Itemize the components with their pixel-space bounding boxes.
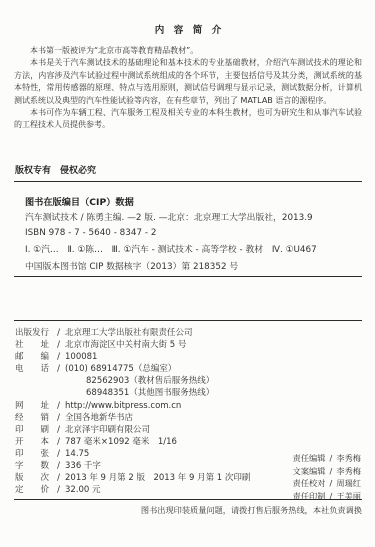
divider-bottom xyxy=(14,499,362,500)
book-copyright-page: 内 容 简 介 本书第一版被评为“北京市高等教育精品教材”。 本书是关于汽车测试… xyxy=(0,0,375,547)
pub-row-wordcount: 字 数/336 千字 xyxy=(15,460,275,472)
pub-row-postcode: 邮 编/100081 xyxy=(15,351,275,363)
pub-row-value: 北京泽宇印刷有限公司 xyxy=(65,424,150,436)
pub-row-label: 定 价 xyxy=(15,484,52,496)
pub-row-separator: / xyxy=(52,424,65,436)
staff-row-editor: 责任编辑/李秀梅 xyxy=(293,452,361,465)
staff-row-proofreader: 责任校对/周瑞红 xyxy=(293,477,361,490)
staff-row-copy-editor: 文案编辑/李秀梅 xyxy=(293,465,361,478)
pub-row-label: 网 址 xyxy=(15,400,52,412)
pub-row-label: 社 址 xyxy=(15,339,52,351)
pub-row-sheets: 印 张/14.75 xyxy=(15,448,275,460)
pub-row-value: 14.75 xyxy=(65,448,89,460)
cip-title-line: 汽车测试技术 / 陈勇主编. —2 版. —北京：北京理工大学出版社，2013.… xyxy=(25,212,357,224)
cip-isbn-line: ISBN 978 - 7 - 5640 - 8347 - 2 xyxy=(25,227,357,239)
staff-name: 李秀梅 xyxy=(336,452,361,465)
pub-row-separator: / xyxy=(52,460,65,472)
cip-heading: 图书在版编目（CIP）数据 xyxy=(25,194,357,208)
cip-section: 图书在版编目（CIP）数据 汽车测试技术 / 陈勇主编. —2 版. —北京：北… xyxy=(25,194,357,276)
staff-name: 李秀梅 xyxy=(336,465,361,478)
pub-row-separator: / xyxy=(52,339,65,351)
pub-row-value: 336 千字 xyxy=(65,460,101,472)
pub-row-price: 定 价/32.00 元 xyxy=(15,484,275,496)
pub-row-value: 32.00 元 xyxy=(65,484,101,496)
pub-row-separator: / xyxy=(52,472,65,484)
staff-label: 责任校对 xyxy=(293,477,326,490)
pub-row-separator: / xyxy=(52,484,65,496)
pub-row-label: 经 销 xyxy=(15,412,52,424)
pub-row-value: 68948351（其他图书服务热线） xyxy=(86,387,214,399)
pub-row-label: 出版发行 xyxy=(15,327,52,339)
pub-row-separator: / xyxy=(52,412,65,424)
pub-row-separator: / xyxy=(52,436,65,448)
intro-section: 内 容 简 介 本书第一版被评为“北京市高等教育精品教材”。 本书是关于汽车测试… xyxy=(14,22,362,132)
staff-separator: / xyxy=(325,465,336,478)
pub-row-label: 邮 编 xyxy=(15,351,52,363)
divider-publication-top xyxy=(14,320,362,321)
pub-row-website: 网 址/http://www.bitpress.com.cn xyxy=(15,400,275,412)
pub-row-value: (010) 68914775（总编室） xyxy=(65,363,176,375)
pub-row-edition: 版 次/2013 年 9 月第 2 版 2013 年 9 月第 1 次印刷 xyxy=(15,472,275,484)
pub-row-label: 电 话 xyxy=(15,363,52,375)
staff-label: 责任编辑 xyxy=(293,452,326,465)
divider-cip-bottom xyxy=(14,276,362,277)
staff-name: 周瑞红 xyxy=(336,477,361,490)
pub-row-value-url: http://www.bitpress.com.cn xyxy=(65,400,181,412)
cip-classification-line: Ⅰ. ①汽… Ⅱ. ①陈… Ⅲ. ①汽车 - 测试技术 - 高等学校 - 教材 … xyxy=(25,244,357,256)
pub-row-format: 开 本/787 毫米×1092 毫米 1/16 xyxy=(15,436,275,448)
pub-row-separator: / xyxy=(52,363,65,375)
pub-row-separator: / xyxy=(52,351,65,363)
pub-row-value: 北京理工大学出版社有限责任公司 xyxy=(65,327,193,339)
pub-row-value: 2013 年 9 月第 2 版 2013 年 9 月第 1 次印刷 xyxy=(65,472,250,484)
pub-row-label: 印 张 xyxy=(15,448,52,460)
intro-paragraph-3: 本书可作为车辆工程、汽车服务工程及相关专业的本科生教材，也可为研究生和从事汽车试… xyxy=(14,107,362,132)
pub-row-separator: / xyxy=(52,327,65,339)
pub-row-phone-2: 82562903（教材售后服务热线） xyxy=(15,375,275,387)
pub-row-publisher: 出版发行/北京理工大学出版社有限责任公司 xyxy=(15,327,275,339)
pub-row-label: 印 刷 xyxy=(15,424,52,436)
pub-row-printer: 印 刷/北京泽宇印刷有限公司 xyxy=(15,424,275,436)
staff-row-print-supervisor: 责任印制/王美丽 xyxy=(293,490,361,503)
staff-credits: 责任编辑/李秀梅 文案编辑/李秀梅 责任校对/周瑞红 责任印制/王美丽 xyxy=(293,452,361,502)
pub-row-separator: / xyxy=(52,400,65,412)
pub-row-phone: 电 话/(010) 68914775（总编室） xyxy=(15,363,275,375)
pub-row-phone-3: 68948351（其他图书服务热线） xyxy=(15,387,275,399)
pub-row-value: 82562903（教材售后服务热线） xyxy=(86,375,214,387)
pub-row-label: 开 本 xyxy=(15,436,52,448)
staff-label: 文案编辑 xyxy=(293,465,326,478)
staff-separator: / xyxy=(325,490,336,503)
quality-note: 图书出现印装质量问题，请拨打售后服务热线，本社负责调换 xyxy=(141,505,362,516)
divider-top xyxy=(14,181,362,182)
intro-paragraph-2: 本书是关于汽车测试技术的基础理论和基本技术的专业基础教材，介绍汽车测试技术的理论… xyxy=(14,57,362,107)
pub-row-value: 全国各地新华书店 xyxy=(65,412,133,424)
pub-row-distribution: 经 销/全国各地新华书店 xyxy=(15,412,275,424)
pub-row-value: 100081 xyxy=(65,351,97,363)
pub-row-value: 787 毫米×1092 毫米 1/16 xyxy=(65,436,177,448)
cip-registry-line: 中国版本图书馆 CIP 数据核字（2013）第 218352 号 xyxy=(25,261,357,273)
staff-name: 王美丽 xyxy=(336,490,361,503)
pub-row-label: 字 数 xyxy=(15,460,52,472)
staff-separator: / xyxy=(325,477,336,490)
pub-row-separator: / xyxy=(52,448,65,460)
pub-row-label: 版 次 xyxy=(15,472,52,484)
pub-row-address: 社 址/北京市海淀区中关村南大街 5 号 xyxy=(15,339,275,351)
pub-row-value: 北京市海淀区中关村南大街 5 号 xyxy=(65,339,186,351)
intro-title: 内 容 简 介 xyxy=(14,22,362,36)
intro-paragraph-1: 本书第一版被评为“北京市高等教育精品教材”。 xyxy=(14,45,362,57)
staff-separator: / xyxy=(325,452,336,465)
publication-info: 出版发行/北京理工大学出版社有限责任公司 社 址/北京市海淀区中关村南大街 5 … xyxy=(15,327,275,496)
staff-label: 责任印制 xyxy=(293,490,326,503)
copyright-notice: 版权专有 侵权必究 xyxy=(15,163,96,176)
